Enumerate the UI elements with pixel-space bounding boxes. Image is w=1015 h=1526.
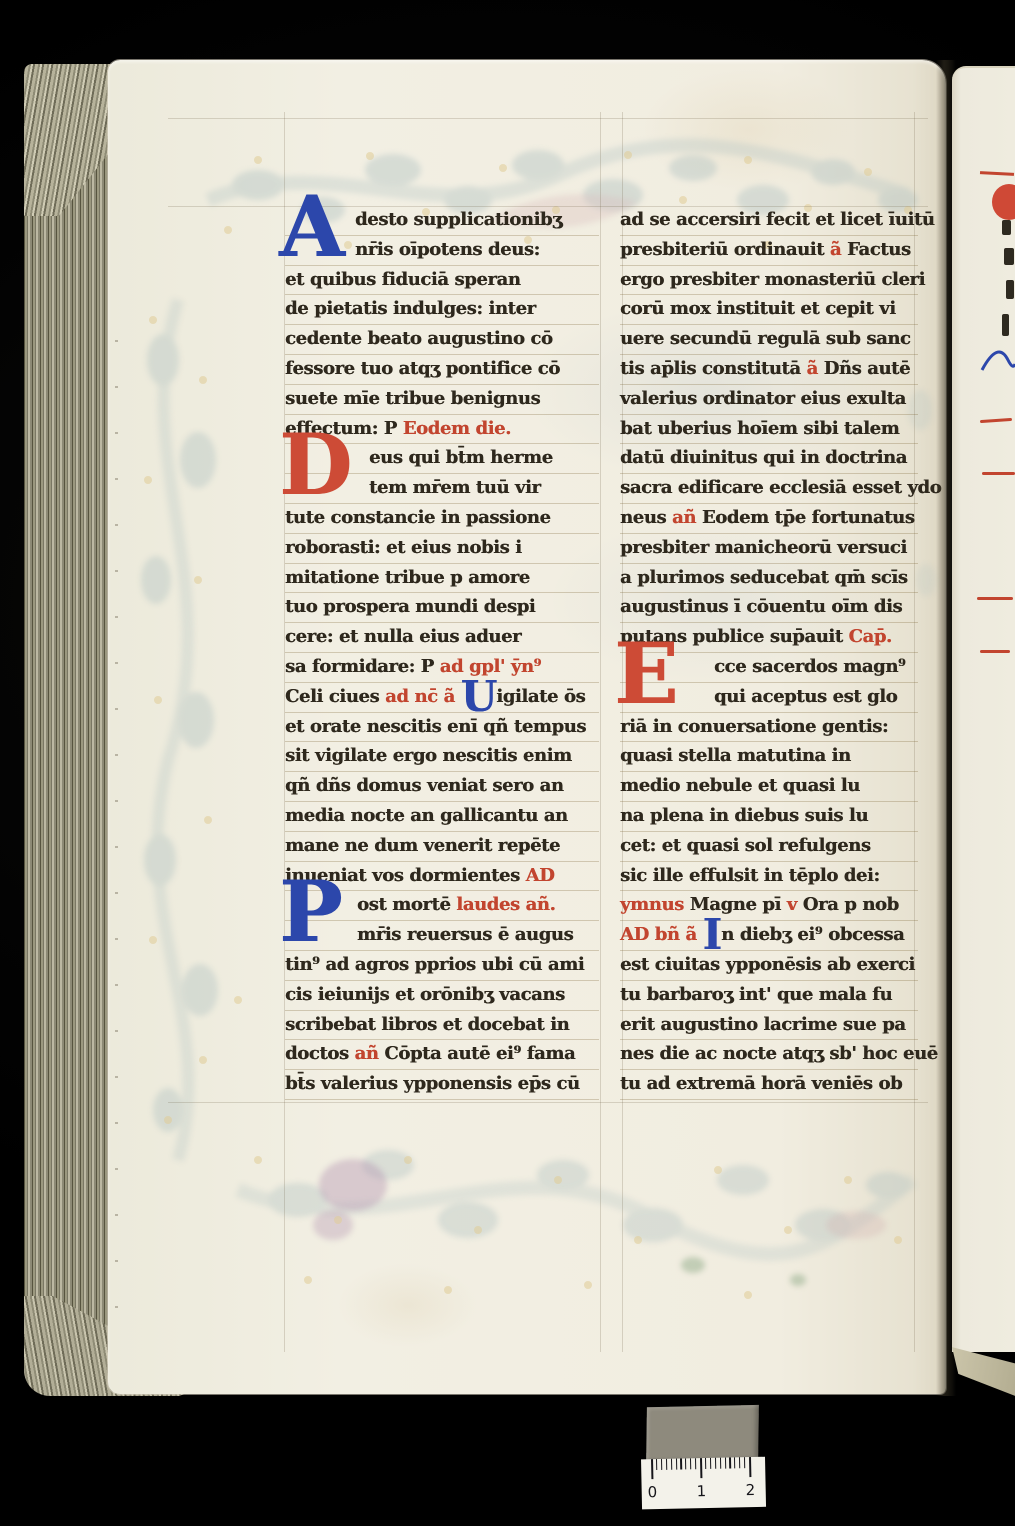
body-text: sit vigilate ergo nescitis enim — [285, 745, 572, 766]
body-text: cis ieiunijs et orōnibʒ vacans — [285, 984, 565, 1005]
body-text: mr̄is reuersus ē augus — [357, 924, 573, 945]
text-line: mane ne dum venerit repēte — [285, 832, 599, 862]
body-text: Dñs autē — [824, 358, 910, 379]
body-text: augustinus ī cōuentu oīm dis — [620, 596, 902, 617]
text-line: na plena in diebus suis lu — [620, 802, 918, 832]
rubric-text: añ — [672, 507, 702, 528]
facing-rubric-fragment — [980, 418, 1012, 423]
ruler-tick-minor — [661, 1459, 662, 1470]
facing-text-fragment — [1002, 314, 1009, 336]
illuminated-initial: P — [279, 883, 342, 941]
rubric-text: ymnus — [620, 894, 690, 915]
text-line: AD bñ ã In diebʒ ei⁹ obcessa — [620, 921, 918, 951]
body-text: sacra edificare ecclesiā esset ydo — [620, 477, 941, 498]
ruler-tick-minor — [744, 1457, 745, 1468]
ruler-tick-minor — [720, 1458, 721, 1469]
body-text: fessore tuo atqʒ pontifice cō — [285, 358, 560, 379]
ruling-line-horizontal — [168, 1102, 928, 1103]
body-text: Celi ciues — [285, 686, 385, 707]
body-text: tis ap̄lis constitutā — [620, 358, 806, 379]
text-line: neus añ Eodem tp̄e fortunatus — [620, 504, 918, 534]
body-text: tuo prospera mundi despi — [285, 596, 535, 617]
text-line: datū diuinitus qui in doctrina — [620, 444, 918, 474]
text-line: suete mīe tribue benignus — [285, 385, 599, 415]
body-text: na plena in diebus suis lu — [620, 805, 868, 826]
body-text: Eodem tp̄e fortunatus — [702, 507, 915, 528]
text-line: tis ap̄lis constitutā ã Dñs autē — [620, 355, 918, 385]
text-line: a plurimos seducebat qm̄ scīs — [620, 564, 918, 594]
body-text: suete mīe tribue benignus — [285, 388, 540, 409]
ruler-tick-minor — [690, 1458, 691, 1469]
ruler-tick-minor — [705, 1458, 706, 1469]
text-line: fessore tuo atqʒ pontifice cō — [285, 355, 599, 385]
body-text: qñ dñs domus veniat sero an — [285, 775, 564, 796]
rubric-text: Eodem die. — [403, 418, 511, 439]
body-text: nes die ac nocte atqʒ sb' hoc euē — [620, 1043, 938, 1064]
ruler-label-0: 0 — [648, 1483, 658, 1501]
ruler-tick-minor — [671, 1459, 672, 1470]
ruler-tick-major — [700, 1458, 702, 1478]
manuscript-page: desto supplicationibʒnr̄is oīpotens deus… — [108, 60, 946, 1394]
ruler-tick-minor — [685, 1458, 686, 1469]
body-text: ergo presbiter monasteriū cleri — [620, 269, 925, 290]
text-line: quasi stella matutina in — [620, 742, 918, 772]
body-text: et orate nescitis enī qñ tempus — [285, 716, 586, 737]
ruler-tick-minor — [676, 1459, 677, 1470]
illuminated-initial: A — [279, 198, 344, 256]
ruler-tick-minor — [656, 1459, 657, 1470]
facing-rubric-fragment — [982, 472, 1015, 475]
body-text: medio nebule et quasi lu — [620, 775, 860, 796]
body-text: desto supplicationibʒ — [355, 209, 562, 230]
text-line: doctos añ Cōpta autē ei⁹ fama — [285, 1040, 599, 1070]
ruler-strip: 0 1 2 — [641, 1457, 766, 1510]
text-column-left: desto supplicationibʒnr̄is oīpotens deus… — [285, 206, 599, 1100]
body-text: qui aceptus est glo — [714, 686, 897, 707]
facing-rubric-fragment — [980, 650, 1010, 653]
text-line: corū mox instituit et cepit vi — [620, 295, 918, 325]
book-page-edges-stack — [24, 80, 112, 1388]
body-text: sic ille effulsit in tēplo dei: — [620, 865, 880, 886]
text-line: presbiter manicheorū versuci — [620, 534, 918, 564]
body-text: uere secundū regulā sub sanc — [620, 328, 911, 349]
text-line: qñ dñs domus veniat sero an — [285, 772, 599, 802]
body-text: scribebat libros et docebat in — [285, 1014, 569, 1035]
text-line: cere: et nulla eius aduer — [285, 623, 599, 653]
text-line: augustinus ī cōuentu oīm dis — [620, 593, 918, 623]
body-text: est ciuitas ypponēsis ab exerci — [620, 954, 915, 975]
body-text: cedente beato augustino cō — [285, 328, 553, 349]
ruler-tick-minor — [710, 1458, 711, 1469]
ruler-tick-minor — [739, 1457, 740, 1468]
text-line: ad se accersiri fecit et licet īuitū — [620, 206, 918, 236]
text-line: sa formidare: P ad gpl' ȳn⁹ — [285, 653, 599, 683]
body-text: cce sacerdos magn⁹ — [714, 656, 905, 677]
ruler-tick-minor — [729, 1457, 730, 1468]
rubric-text: Cap̄. — [849, 626, 892, 647]
ruler-tick-minor — [715, 1458, 716, 1469]
ruler-tick-minor — [724, 1458, 725, 1469]
body-text: Factus — [847, 239, 911, 260]
text-line: scribebat libros et docebat in — [285, 1011, 599, 1041]
body-text: erit augustino lacrime sue pa — [620, 1014, 906, 1035]
facing-rubric-fragment — [977, 597, 1013, 600]
body-text: tu barbaroʒ int' que mala fu — [620, 984, 892, 1005]
facing-text-fragment — [1002, 220, 1011, 235]
text-line: sic ille effulsit in tēplo dei: — [620, 862, 918, 892]
rubric-text: añ — [354, 1043, 384, 1064]
text-line: cis ieiunijs et orōnibʒ vacans — [285, 981, 599, 1011]
ruler-tick-major — [651, 1459, 653, 1479]
ruler-tick-minor — [666, 1459, 667, 1470]
body-text: de pietatis indulges: inter — [285, 298, 536, 319]
rubric-text: AD bñ ã — [620, 924, 703, 945]
ruler-tick-minor — [734, 1457, 735, 1468]
illuminated-initial: D — [279, 436, 352, 494]
text-line: medio nebule et quasi lu — [620, 772, 918, 802]
body-text: neus — [620, 507, 672, 528]
body-text: valerius ordinator eius exulta — [620, 388, 906, 409]
illuminated-initial: E — [614, 645, 678, 703]
facing-initial-fragment — [992, 184, 1015, 220]
text-line: tu barbaroʒ int' que mala fu — [620, 981, 918, 1011]
ruler-tick-minor — [680, 1459, 681, 1470]
body-text: n diebʒ ei⁹ obcessa — [721, 924, 904, 945]
text-line: sacra edificare ecclesiā esset ydo — [620, 474, 918, 504]
text-line: bt̄s valerius ypponensis ep̄s cū — [285, 1070, 599, 1100]
body-text: media nocte an gallicantu an — [285, 805, 568, 826]
body-text: cet: et quasi sol refulgens — [620, 835, 871, 856]
scale-card — [646, 1405, 759, 1463]
ruling-line-vertical — [600, 112, 601, 1352]
text-line: bat uberius hoīem sibi talem — [620, 415, 918, 445]
rubric-text: ã — [830, 239, 847, 260]
facing-text-fragment — [1006, 280, 1014, 299]
body-text: Cōpta autē ei⁹ fama — [384, 1043, 575, 1064]
text-line: media nocte an gallicantu an — [285, 802, 599, 832]
ruler-tick-minor — [695, 1458, 696, 1469]
text-line: tu ad extremā horā veniēs ob — [620, 1070, 918, 1100]
body-text: igilate ōs — [496, 686, 585, 707]
body-text: a plurimos seducebat qm̄ scīs — [620, 567, 907, 588]
rubric-text: ã — [806, 358, 823, 379]
body-text: tem mr̄em tuū vir — [369, 477, 541, 498]
facing-blue-flourish — [980, 336, 1015, 378]
body-text: corū mox instituit et cepit vi — [620, 298, 896, 319]
text-line: de pietatis indulges: inter — [285, 295, 599, 325]
text-line: est ciuitas ypponēsis ab exerci — [620, 951, 918, 981]
body-text: bt̄s valerius ypponensis ep̄s cū — [285, 1073, 580, 1094]
body-text: bat uberius hoīem sibi talem — [620, 418, 899, 439]
text-line: uere secundū regulā sub sanc — [620, 325, 918, 355]
body-text: cere: et nulla eius aduer — [285, 626, 521, 647]
facing-page-bottom-edge — [952, 1346, 1015, 1404]
text-column-right: ad se accersiri fecit et licet īuitūpres… — [620, 206, 918, 1100]
facing-rubric-fragment — [980, 171, 1014, 176]
body-text: ad se accersiri fecit et licet īuitū — [620, 209, 935, 230]
body-text: Ora p nob — [803, 894, 899, 915]
body-text: eus qui bt̄m herme — [369, 447, 553, 468]
ruler-label-1: 1 — [697, 1482, 707, 1500]
facing-text-fragment — [1004, 248, 1014, 265]
rubric-text: ad nc̄ ã — [385, 686, 461, 707]
text-line: cet: et quasi sol refulgens — [620, 832, 918, 862]
pricking-holes — [115, 340, 118, 1350]
text-line: cedente beato augustino cō — [285, 325, 599, 355]
body-text: sa formidare: P — [285, 656, 440, 677]
photo-background: desto supplicationibʒnr̄is oīpotens deus… — [0, 0, 1015, 1526]
body-text: nr̄is oīpotens deus: — [355, 239, 540, 260]
text-line: roborasti: et eius nobis i — [285, 534, 599, 564]
text-line: Celi ciues ad nc̄ ã Uigilate ōs — [285, 683, 599, 713]
text-line: presbiteriū ordinauit ã Factus — [620, 236, 918, 266]
text-line: valerius ordinator eius exulta — [620, 385, 918, 415]
rubric-text: laudes añ. — [456, 894, 555, 915]
body-text: roborasti: et eius nobis i — [285, 537, 522, 558]
body-text: ost mortē — [357, 894, 456, 915]
rubric-text: AD — [526, 865, 555, 886]
body-text: presbiter manicheorū versuci — [620, 537, 907, 558]
text-line: nes die ac nocte atqʒ sb' hoc euē — [620, 1040, 918, 1070]
text-line: mitatione tribue p amore — [285, 564, 599, 594]
body-text: quasi stella matutina in — [620, 745, 851, 766]
body-text: mitatione tribue p amore — [285, 567, 530, 588]
rubric-text: v — [787, 894, 803, 915]
body-text: datū diuinitus qui in doctrina — [620, 447, 907, 468]
text-line: erit augustino lacrime sue pa — [620, 1011, 918, 1041]
body-text: presbiteriū ordinauit — [620, 239, 830, 260]
ruler-tick-major — [749, 1457, 751, 1477]
scale-ruler: 0 1 2 — [640, 1405, 772, 1512]
text-line: ymnus Magne pī v Ora p nob — [620, 891, 918, 921]
ruler-label-2: 2 — [745, 1481, 755, 1499]
facing-page — [952, 66, 1015, 1352]
ruling-line-horizontal — [168, 118, 928, 119]
text-line: et orate nescitis enī qñ tempus — [285, 713, 599, 743]
text-line: tuo prospera mundi despi — [285, 593, 599, 623]
body-text: tu ad extremā horā veniēs ob — [620, 1073, 902, 1094]
body-text: mane ne dum venerit repēte — [285, 835, 560, 856]
body-text: doctos — [285, 1043, 354, 1064]
text-line: ergo presbiter monasteriū cleri — [620, 266, 918, 296]
text-line: sit vigilate ergo nescitis enim — [285, 742, 599, 772]
